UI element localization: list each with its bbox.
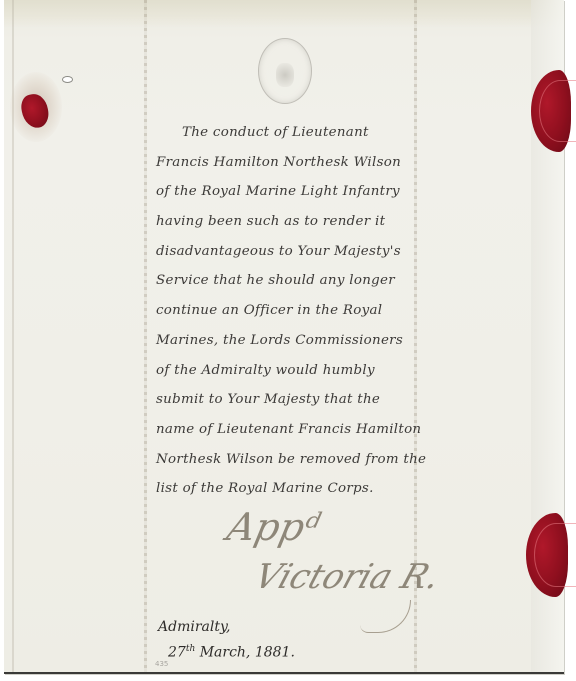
approved-mark: Appᵈ: [223, 505, 443, 549]
date-month-year: March, 1881.: [195, 645, 295, 661]
seal-ring: [534, 523, 576, 587]
dateline-place: Admiralty,: [158, 616, 295, 638]
seal-ring: [539, 80, 576, 142]
body-line: continue an Officer in the Royal: [150, 296, 450, 326]
body-line: Northesk Wilson be removed from the: [150, 445, 450, 475]
pencil-archive-number: 435: [155, 660, 168, 668]
body-line: submit to Your Majesty that the: [150, 385, 450, 415]
royal-signature: Victoria R.: [250, 557, 446, 597]
date-day: 27: [168, 645, 186, 661]
royal-approval: Appᵈ Victoria R.: [228, 505, 439, 597]
letter-body: The conduct of Lieutenant Francis Hamilt…: [150, 118, 450, 504]
dateline: Admiralty, 27th March, 1881.: [158, 616, 295, 664]
embossed-crest: [276, 63, 294, 87]
body-line: Service that he should any longer: [150, 266, 450, 296]
dateline-date: 27th March, 1881.: [158, 638, 295, 664]
body-line: of the Admiralty would humbly: [150, 356, 450, 386]
body-line: of the Royal Marine Light Infantry: [150, 177, 450, 207]
date-day-suffix: th: [186, 644, 195, 654]
body-line: list of the Royal Marine Corps.: [150, 474, 450, 504]
body-line: Francis Hamilton Northesk Wilson: [150, 148, 450, 178]
body-line: name of Lieutenant Francis Hamilton: [150, 415, 450, 445]
body-line: The conduct of Lieutenant: [150, 118, 450, 148]
top-edge-stain: [4, 0, 564, 28]
body-line: disadvantageous to Your Majesty's: [150, 237, 450, 267]
embossed-admiralty-seal-icon: [258, 38, 312, 104]
fold-line-left: [144, 0, 147, 672]
body-line: having been such as to render it: [150, 207, 450, 237]
body-line: Marines, the Lords Commissioners: [150, 326, 450, 356]
punch-hole: [62, 76, 73, 83]
